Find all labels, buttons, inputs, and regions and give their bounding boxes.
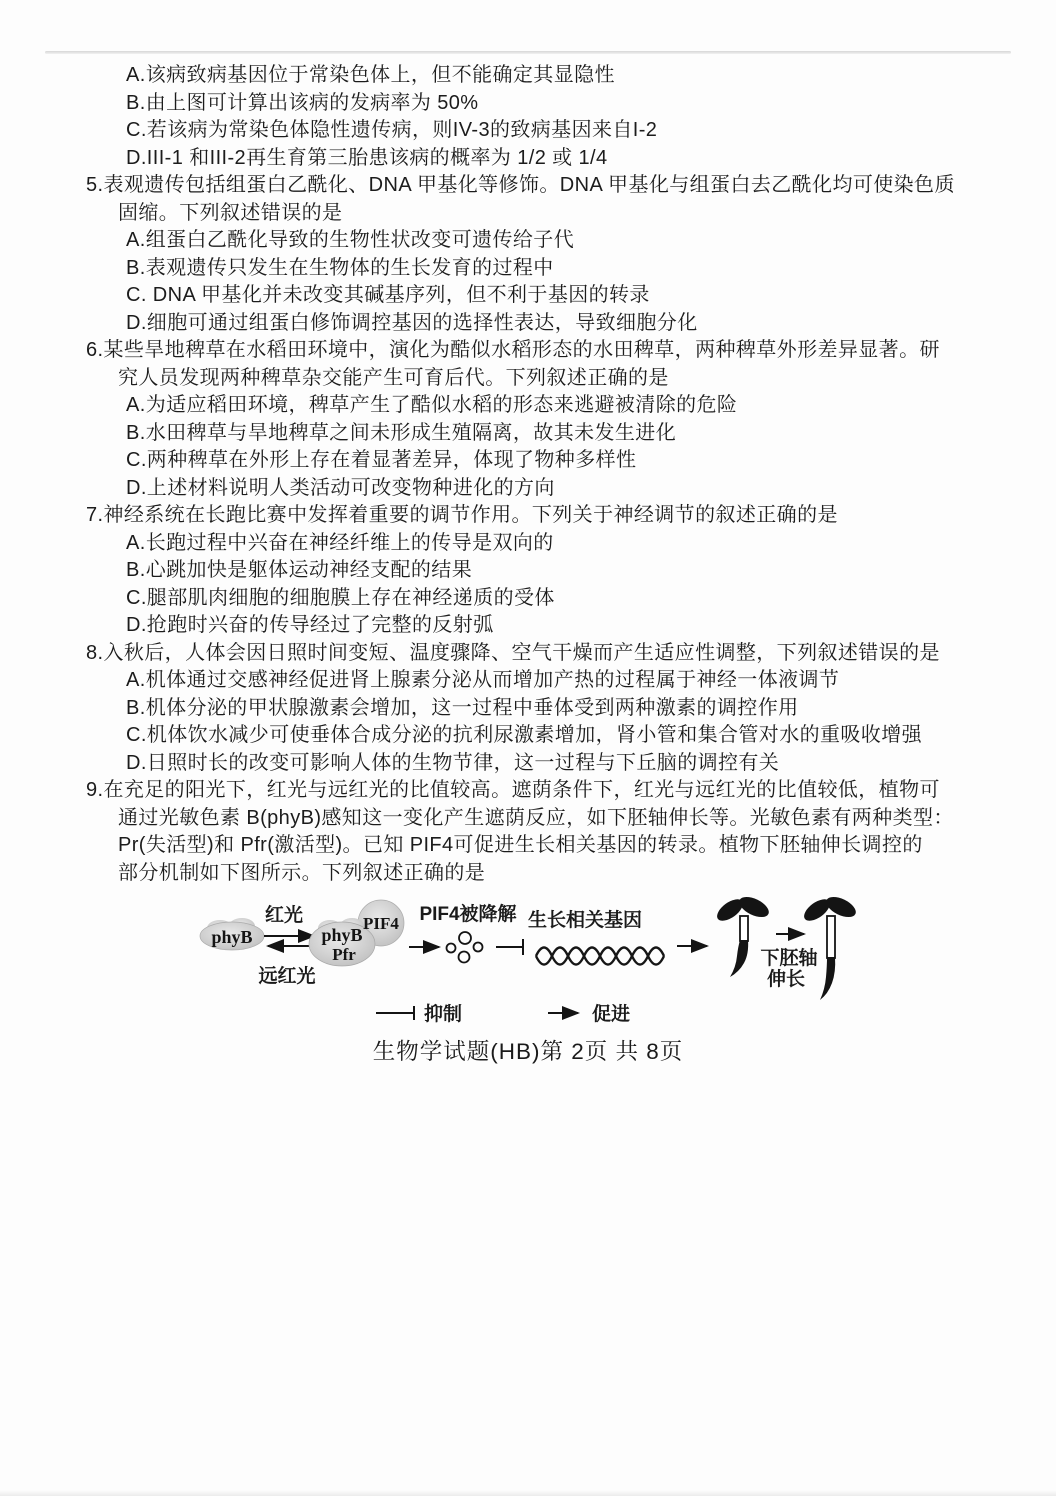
option-line: B.水田稗草与旱地稗草之间未形成生殖隔离，故其未发生进化 (0, 420, 1056, 448)
question-stem-line: 部分机制如下图所示。下列叙述正确的是 (0, 860, 1056, 888)
option-line: C.若该病为常染色体隐性遗传病，则IV-3的致病基因来自I-2 (0, 117, 1056, 145)
option-line: A.机体通过交感神经促进肾上腺素分泌从而增加产热的过程属于神经一体液调节 (0, 667, 1056, 695)
question-stem-line: 究人员发现两种稗草杂交能产生可育后代。下列叙述正确的是 (0, 365, 1056, 393)
option-line: B.由上图可计算出该病的发病率为 50% (0, 90, 1056, 118)
option-line: C.两种稗草在外形上存在着显著差异，体现了物种多样性 (0, 447, 1056, 475)
scan-bottom-edge (0, 1490, 1056, 1496)
page-footer: 生物学试题(HB)第 2页 共 8页 (0, 1034, 1056, 1066)
option-line: C. DNA 甲基化并未改变其碱基序列，但不利于基因的转录 (0, 282, 1056, 310)
question-stem-line: 7.神经系统在长跑比赛中发挥着重要的调节作用。下列关于神经调节的叙述正确的是 (0, 502, 1056, 530)
phyb-pfr-pif4-complex: phyB Pfr PIF4 (309, 900, 404, 966)
option-line: B.机体分泌的甲状腺激素会增加，这一过程中垂体受到两种激素的调控作用 (0, 695, 1056, 723)
question-stem-line: 8.入秋后，人体会因日照时间变短、温度骤降、空气干燥而产生适应性调整，下列叙述错… (0, 640, 1056, 668)
option-line: A.为适应稻田环境，稗草产生了酷似水稻的形态来逃避被清除的危险 (0, 392, 1056, 420)
red-light-label: 红光 (265, 903, 303, 926)
phyb-label: phyB (211, 927, 252, 947)
scan-shadow-line (45, 51, 1011, 54)
option-line: D.上述材料说明人类活动可改变物种进化的方向 (0, 475, 1056, 503)
option-line: D.抢跑时兴奋的传导经过了完整的反射弧 (0, 612, 1056, 640)
option-line: B.表观遗传只发生在生物体的生长发育的过程中 (0, 255, 1056, 283)
question-stem-line: 通过光敏色素 B(phyB)感知这一变化产生遮荫反应，如下胚轴伸长等。光敏色素有… (0, 805, 1056, 833)
option-line: A.组蛋白乙酰化导致的生物性状改变可遗传给子代 (0, 227, 1056, 255)
mechanism-diagram: phyB 红光 远红光 phyB Pfr PIF4 PIF4被降解 (180, 896, 880, 1034)
option-line: D.日照时长的改变可影响人体的生物节律，这一过程与下丘脑的调控有关 (0, 750, 1056, 778)
hypocotyl-label-2: 伸长 (767, 967, 805, 990)
legend-promote-label: 促进 (592, 1002, 630, 1025)
far-red-light-label: 远红光 (258, 964, 315, 987)
pif4-label: PIF4 (363, 914, 399, 933)
option-line: C.机体饮水减少可使垂体合成分泌的抗利尿激素增加，肾小管和集合管对水的重吸收增强 (0, 722, 1056, 750)
degraded-pif4-circles (447, 932, 483, 963)
hypocotyl-label-1: 下胚轴 (760, 946, 817, 969)
legend-promote: 促进 (548, 1002, 630, 1025)
exam-page: A.该病致病基因位于常染色体上，但不能确定其显隐性 B.由上图可计算出该病的发病… (0, 0, 1056, 1496)
question-stem-line: 固缩。下列叙述错误的是 (0, 200, 1056, 228)
question-text-block: A.该病致病基因位于常染色体上，但不能确定其显隐性 B.由上图可计算出该病的发病… (0, 62, 1056, 887)
option-line: C.腿部肌肉细胞的细胞膜上存在神经递质的受体 (0, 585, 1056, 613)
option-line: A.该病致病基因位于常染色体上，但不能确定其显隐性 (0, 62, 1056, 90)
phyb-inactive-blob: phyB (200, 918, 264, 950)
dna-icon (536, 948, 664, 965)
phyb-pfr-label-2: Pfr (332, 945, 356, 964)
option-line: B.心跳加快是躯体运动神经支配的结果 (0, 557, 1056, 585)
phyb-pfr-label-1: phyB (321, 925, 362, 945)
pif4-degradation-label: PIF4被降解 (419, 902, 516, 925)
growth-genes-label: 生长相关基因 (528, 908, 642, 931)
inhibition-arrow (496, 939, 523, 955)
legend-inhibit-label: 抑制 (424, 1002, 462, 1025)
option-line: D.III-1 和III-2再生育第三胎患该病的概率为 1/2 或 1/4 (0, 145, 1056, 173)
option-line: D.细胞可通过组蛋白修饰调控基因的选择性表达，导致细胞分化 (0, 310, 1056, 338)
option-line: A.长跑过程中兴奋在神经纤维上的传导是双向的 (0, 530, 1056, 558)
question-stem-line: 9.在充足的阳光下，红光与远红光的比值较高。遮荫条件下，红光与远红光的比值较低，… (0, 777, 1056, 805)
question-stem-line: 5.表观遗传包括组蛋白乙酰化、DNA 甲基化等修饰。DNA 甲基化与组蛋白去乙酰… (0, 172, 1056, 200)
legend-inhibit: 抑制 (376, 1002, 462, 1025)
question-stem-line: Pr(失活型)和 Pfr(激活型)。已知 PIF4可促进生长相关基因的转录。植物… (0, 832, 1056, 860)
question-stem-line: 6.某些旱地稗草在水稻田环境中，演化为酷似水稻形态的水田稗草，两种稗草外形差异显… (0, 337, 1056, 365)
